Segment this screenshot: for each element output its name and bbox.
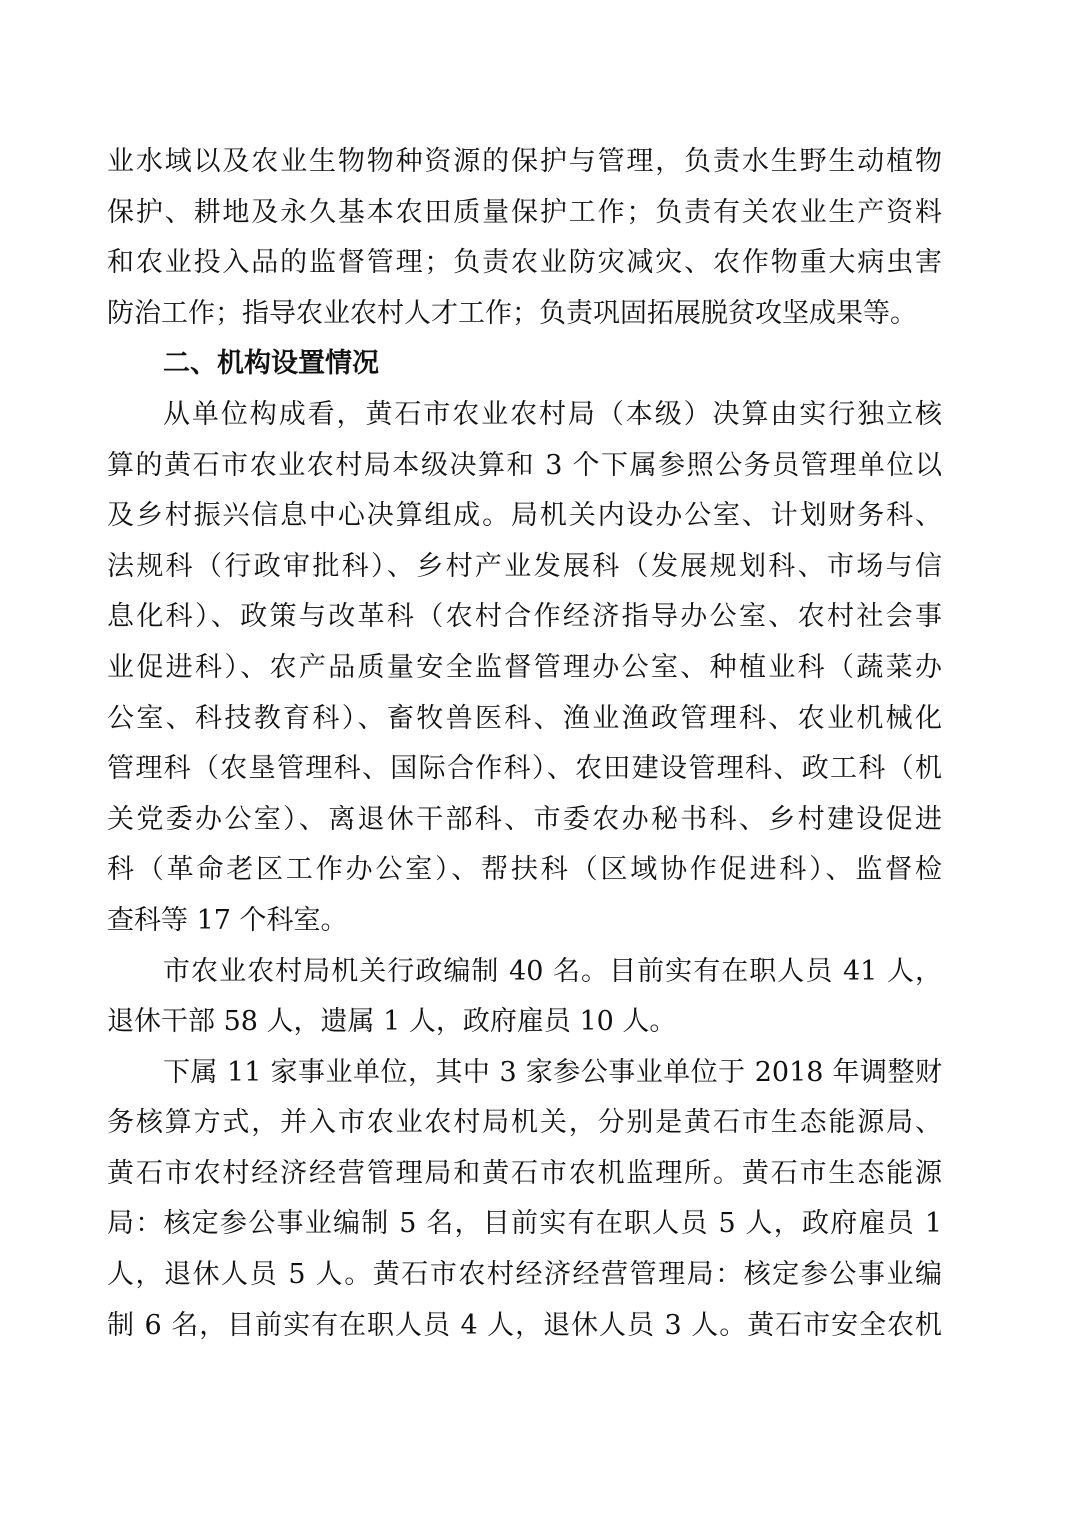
text-line: 退休干部 58 人，遗属 1 人，政府雇员 10 人。	[107, 1000, 942, 1051]
text-line: 息化科）、政策与改革科（农村合作经济指导办公室、农村社会事	[107, 595, 942, 646]
paragraph-subordinate-units: 下属 11 家事业单位，其中 3 家参公事业单位于 2018 年调整财 务核算方…	[107, 1051, 942, 1355]
text-line: 黄石市农村经济经营管理局和黄石市农机监理所。黄石市生态能源	[107, 1152, 942, 1203]
text-line: 关党委办公室）、离退休干部科、市委农办秘书科、乡村建设促进	[107, 798, 942, 849]
text-line: 和农业投入品的监督管理；负责农业防灾减灾、农作物重大病虫害	[107, 241, 942, 292]
document-page: 业水域以及农业生物物种资源的保护与管理，负责水生野生动植物 保护、耕地及永久基本…	[107, 140, 942, 1354]
text-line: 业水域以及农业生物物种资源的保护与管理，负责水生野生动植物	[107, 140, 942, 191]
text-line: 管理科（农垦管理科、国际合作科）、农田建设管理科、政工科（机	[107, 747, 942, 798]
text-line: 从单位构成看，黄石市农业农村局（本级）决算由实行独立核	[107, 393, 942, 444]
text-line: 业促进科）、农产品质量安全监督管理办公室、种植业科（蔬菜办	[107, 646, 942, 697]
text-line: 查科等 17 个科室。	[107, 899, 942, 950]
text-line: 防治工作；指导农业农村人才工作；负责巩固拓展脱贫攻坚成果等。	[107, 292, 942, 343]
text-line: 科（革命老区工作办公室）、帮扶科（区域协作促进科）、监督检	[107, 848, 942, 899]
text-line: 保护、耕地及永久基本农田质量保护工作；负责有关农业生产资料	[107, 191, 942, 242]
text-line: 务核算方式，并入市农业农村局机关，分别是黄石市生态能源局、	[107, 1101, 942, 1152]
text-line: 法规科（行政审批科）、乡村产业发展科（发展规划科、市场与信	[107, 545, 942, 596]
text-line: 局：核定参公事业编制 5 名，目前实有在职人员 5 人，政府雇员 1	[107, 1202, 942, 1253]
text-line: 下属 11 家事业单位，其中 3 家参公事业单位于 2018 年调整财	[107, 1051, 942, 1102]
text-line: 及乡村振兴信息中心决算组成。局机关内设办公室、计划财务科、	[107, 494, 942, 545]
paragraph-responsibilities-continued: 业水域以及农业生物物种资源的保护与管理，负责水生野生动植物 保护、耕地及永久基本…	[107, 140, 942, 342]
text-line: 算的黄石市农业农村局本级决算和 3 个下属参照公务员管理单位以	[107, 444, 942, 495]
paragraph-org-structure: 从单位构成看，黄石市农业农村局（本级）决算由实行独立核 算的黄石市农业农村局本级…	[107, 393, 942, 950]
text-line: 制 6 名，目前实有在职人员 4 人，退休人员 3 人。黄石市安全农机	[107, 1304, 942, 1355]
section-heading: 二、机构设置情况	[107, 342, 942, 393]
paragraph-staffing: 市农业农村局机关行政编制 40 名。目前实有在职人员 41 人， 退休干部 58…	[107, 950, 942, 1051]
text-line: 人，退休人员 5 人。黄石市农村经济经营管理局：核定参公事业编	[107, 1253, 942, 1304]
text-line: 市农业农村局机关行政编制 40 名。目前实有在职人员 41 人，	[107, 950, 942, 1001]
text-line: 公室、科技教育科）、畜牧兽医科、渔业渔政管理科、农业机械化	[107, 697, 942, 748]
